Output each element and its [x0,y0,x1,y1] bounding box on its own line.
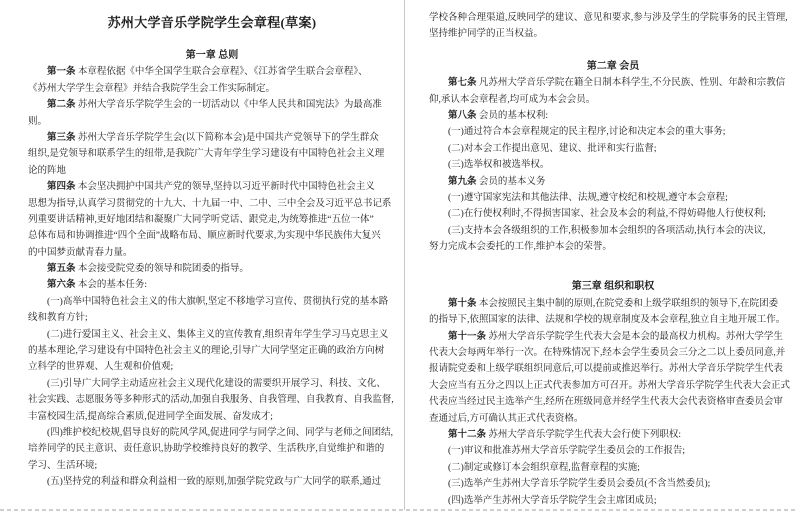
article-number-label: 第九条 [448,177,477,187]
article-number-label: 第二条 [47,100,76,110]
text-line: (一)高举中国特色社会主义的伟大旗帜,坚定不移地学习宣传、贯彻执行党的基本路 [28,294,396,310]
text-line: 线和教育方针; [28,310,396,326]
document-viewer: 苏州大学音乐学院学生会章程(草案)第一章 总则第一条 本章程依据《中华全国学生联… [0,0,798,517]
text-line: 仰,承认本会章程者,均可成为本会会员。 [429,92,797,108]
page-2-content: 学校各种合理渠道,反映同学的建议、意见和要求,参与涉及学生的学院事务的民主管理,… [429,0,797,509]
text-line: (二)在行使权利时,不得损害国家、社会及本会的利益,不得妨碍他人行使权利; [429,206,797,222]
chapter-heading: 第二章 会员 [429,59,797,75]
text-line: 培养同学的民主意识、责任意识,协助学校维持良好的教学、生活秩序,自觉维护和谐的 [28,441,396,457]
text-line: 第十条 本会按照民主集中制的原则,在院党委和上级学联组织的领导下,在院团委 [429,296,797,312]
text-line: 的基本理论,学习建设有中国特色社会主义的理论,引导广大同学坚定正确的政治方向树 [28,343,396,359]
chapter-heading: 第三章 组织和职权 [429,279,797,295]
page-1-content: 苏州大学音乐学院学生会章程(草案)第一章 总则第一条 本章程依据《中华全国学生联… [28,0,396,491]
text-line: (二)进行爱国主义、社会主义、集体主义的宣传教育,组织青年学生学习马克思主义 [28,327,396,343]
text-line: 第八条 会员的基本权利: [429,108,797,124]
page-1: 苏州大学音乐学院学生会章程(草案)第一章 总则第一条 本章程依据《中华全国学生联… [0,0,404,510]
page-divider-line [404,0,405,510]
text-line: (四)维护校纪校规,倡导良好的院风学风,促进同学与同学之间、同学与老师之间团结, [28,425,396,441]
text-line: 总体布局和协调推进“四个全面”战略布局、顺应新时代要求,为实现中华民族伟大复兴 [28,228,396,244]
text-line: 坚持维护同学的正当权益。 [429,26,797,42]
article-number-label: 第一条 [47,67,76,77]
text-line: 的指导下,依照国家的法律、法规和学校的规章制度及本会章程,独立自主地开展工作。 [429,312,797,328]
text-line: (三)引导广大同学主动适应社会主义现代化建设的需要织开展学习、科技、文化、 [28,376,396,392]
text-line: 论的阵地 [28,163,396,179]
text-line: 丰富校园生活,提高综合素质,促进同学全面发展、奋发成才; [28,409,396,425]
text-line: 则。 [28,114,396,130]
text-line: 第四条 本会坚决拥护中国共产党的领导,坚持以习近平新时代中国特色社会主义 [28,179,396,195]
text-line: 学习、生活环境; [28,458,396,474]
text-line: 立科学的世界观、人生观和价值观; [28,359,396,375]
text-line: (三)选举产生苏州大学音乐学院学生委员会委员(不含当然委员); [429,476,797,492]
article-number-label: 第十条 [448,299,477,309]
text-line: (二)制定或修订本会组织章程,监督章程的实施; [429,460,797,476]
text-line: (三)选举权和被选举权。 [429,157,797,173]
article-number-label: 第三条 [47,133,76,143]
text-line: 第十一条 苏州大学音乐学院学生代表大会是本会的最高权力机构。苏州大学学生 [429,329,797,345]
text-line: (四)选举产生苏州大学音乐学院学生会主席团成员; [429,493,797,509]
text-line: 代表大会每两年举行一次。在特殊情况下,经本会学生委员会三分之二以上委员同意,并 [429,345,797,361]
text-line: 第三条 苏州大学音乐学院学生会(以下简称本会)是中国共产党领导下的学生群众 [28,130,396,146]
article-number-label: 第七条 [448,78,477,88]
text-line: (一)通过符合本会章程规定的民主程序,讨论和决定本会的重大事务; [429,124,797,140]
text-line: 《苏州大学学生会章程》并结合我院学生会工作实际制定。 [28,81,396,97]
text-line: 努力完成本会委托的工作,维护本会的荣誉。 [429,239,797,255]
text-line: 第六条 本会的基本任务: [28,277,396,293]
text-line: 大会应当有五分之四以上正式代表参加方可召开。苏州大学音乐学院学生代表大会正式 [429,378,797,394]
text-line: (一)审议和批准苏州大学音乐学院学生委员会的工作报告; [429,443,797,459]
text-line: 第九条 会员的基本义务 [429,174,797,190]
text-line: 第七条 凡苏州大学音乐学院在籍全日制本科学生,不分民族、性别、年龄和宗教信 [429,75,797,91]
article-number-label: 第十二条 [448,430,486,440]
article-number-label: 第五条 [47,264,76,274]
text-line: 组织,是党领导和联系学生的纽带,是我院广大青年学生学习建设有中国特色社会主义理 [28,146,396,162]
text-line: (五)坚持党的利益和群众利益相一致的原则,加强学院党政与广大同学的联系,通过 [28,474,396,490]
chapter-heading: 第一章 总则 [28,48,396,64]
text-line: 查通过后,方可确认其正式代表资格。 [429,411,797,427]
text-line: 思想为指导,认真学习贯彻党的十九大、十九届一中、二中、三中全会及习近平总书记系 [28,196,396,212]
text-line: 第二条 苏州大学音乐学院学生会的一切活动以《中华人民共和国宪法》为最高准 [28,97,396,113]
text-line: 列重要讲话精神,更好地团结和凝聚广大同学听党话、跟党走,为统筹推进“五位一体” [28,212,396,228]
text-line: (一)遵守国家宪法和其他法律、法规,遵守校纪和校规,遵守本会章程; [429,190,797,206]
text-line: (三)支持本会各级组织的工作,积极参加本会组织的各项活动,执行本会的决议, [429,223,797,239]
article-number-label: 第六条 [47,280,76,290]
text-line: 的中国梦贡献青春力量。 [28,245,396,261]
article-number-label: 第八条 [448,111,477,121]
page-break-dashed-line [0,509,798,511]
text-line: 代表应当经过民主选举产生,经所在班级同意并经学生代表大会代表资格审查委员会审 [429,394,797,410]
text-line: 第五条 本会接受院党委的领导和院团委的指导。 [28,261,396,277]
article-number-label: 第四条 [47,182,76,192]
text-line: 第十二条 苏州大学音乐学院学生代表大会行使下列职权: [429,427,797,443]
article-number-label: 第十一条 [448,332,486,342]
text-line: 第一条 本章程依据《中华全国学生联合会章程》、《江苏省学生联合会章程》、 [28,64,396,80]
text-line: 社会实践、志愿服务等多种形式的活动,加强自我服务、自我管理、自我教育、自我监督, [28,392,396,408]
page-2: 学校各种合理渠道,反映同学的建议、意见和要求,参与涉及学生的学院事务的民主管理,… [405,0,798,510]
doc-title: 苏州大学音乐学院学生会章程(草案) [28,14,396,32]
text-line: 报请院党委和上级学联组织同意后,可以提前或推迟举行。苏州大学音乐学院学生代表 [429,361,797,377]
text-line: 学校各种合理渠道,反映同学的建议、意见和要求,参与涉及学生的学院事务的民主管理, [429,10,797,26]
text-line: (二)对本会工作提出意见、建议、批评和实行监督; [429,141,797,157]
